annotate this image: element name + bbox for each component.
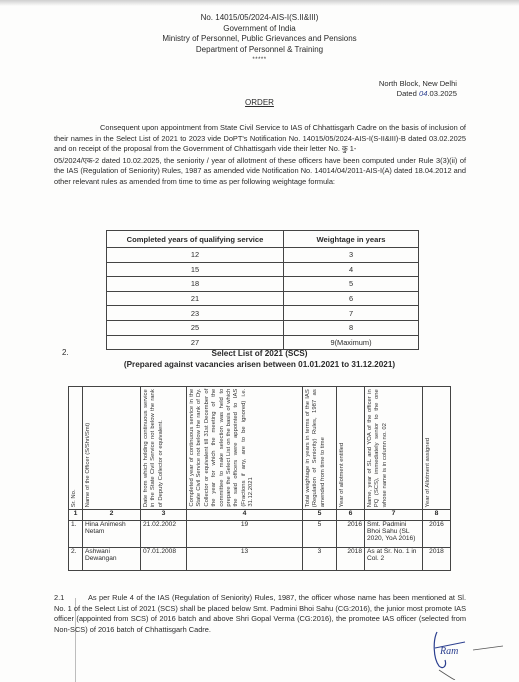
rotated-header-text: Name of the Officer (S/Shri/Smt) [85, 389, 92, 507]
intro-text-part2: 05/2024/एक-2 dated 10.02.2025, the senio… [54, 156, 466, 186]
intro-paragraph: Consequent upon appointment from State C… [54, 123, 466, 188]
weightage-row: 154 [107, 262, 419, 277]
select-list-header-col-7: Name, year of SL and YOA of the officer … [365, 387, 423, 510]
select-list-header-col-3: Date from which holding continuous servi… [141, 387, 187, 510]
select-list-header-col-8: Year of Allotment assigned [423, 387, 451, 510]
rotated-header-text: Name, year of SL and YOA of the officer … [367, 389, 389, 507]
rotated-header-wrap: Name of the Officer (S/Shri/Smt) [83, 387, 140, 509]
weightage-cell: 3 [284, 248, 419, 263]
qualifying-years-cell: 25 [107, 320, 284, 335]
yoa-entitled-cell: 2018 [337, 548, 365, 571]
senior-officer-cell: As at Sr. No. 1 in Col. 2 [365, 548, 423, 571]
signature: Ram [425, 620, 505, 680]
sr-no-cell: 2. [69, 548, 83, 571]
intro-text-part1: Consequent upon appointment from State C… [54, 123, 466, 153]
qualifying-years-cell: 27 [107, 335, 284, 350]
rotated-header-wrap: Year of allotment entitled [337, 387, 364, 509]
rotated-header-wrap: Completed year of continuous service in … [187, 387, 302, 509]
qualifying-years-cell: 12 [107, 248, 284, 263]
weightage-header-weightage: Weightage in years [284, 231, 419, 248]
rotated-header-wrap: Sr. No. [69, 387, 82, 509]
rotated-header-text: Sr. No. [71, 389, 78, 507]
separator-stars: ***** [0, 55, 519, 66]
rotated-header-wrap: Name, year of SL and YOA of the officer … [365, 387, 422, 509]
select-list-title: Select List of 2021 (SCS) [0, 349, 519, 360]
select-list-row: 2.Ashwani Dewangan07.01.20081332018As at… [69, 548, 451, 571]
rotated-header-wrap: Total weightage in years in terms of the… [303, 387, 336, 509]
sr-no-cell: 1. [69, 521, 83, 548]
completed-years-cell: 19 [187, 521, 303, 548]
senior-officer-cell: Smt. Padmini Bhoi Sahu (SL 2020, YoA 201… [365, 521, 423, 548]
weightage-header-service: Completed years of qualifying service [107, 231, 284, 248]
weightage-cell: 3 [303, 548, 337, 571]
rotated-header-text: Year of allotment entitled [339, 389, 346, 507]
weightage-cell: 5 [303, 521, 337, 548]
rotated-header-text: Year of Allotment assigned [425, 389, 432, 507]
weightage-cell: 9(Maximum) [284, 335, 419, 350]
column-number: 7 [365, 510, 423, 521]
file-number: No. 14015/05/2024-AIS-I(S.II&III) [0, 13, 519, 24]
column-number: 3 [141, 510, 187, 521]
weightage-row: 237 [107, 306, 419, 321]
rotated-header-wrap: Date from which holding continuous servi… [141, 387, 186, 509]
column-number: 6 [337, 510, 365, 521]
qualifying-years-cell: 15 [107, 262, 284, 277]
yoa-assigned-cell: 2018 [423, 548, 451, 571]
select-list-header-col-4: Completed year of continuous service in … [187, 387, 303, 510]
order-title: ORDER [0, 98, 519, 107]
date-from-cell: 07.01.2008 [141, 548, 187, 571]
weightage-cell: 5 [284, 277, 419, 292]
select-list-header-col-6: Year of allotment entitled [337, 387, 365, 510]
ministry-name: Ministry of Personnel, Public Grievances… [0, 34, 519, 45]
paragraph-2-1: 2.1As per Rule 4 of the IAS (Regulation … [54, 593, 466, 635]
weightage-row: 185 [107, 277, 419, 292]
dated-month-year: .03.2025 [427, 89, 457, 98]
weightage-row: 216 [107, 291, 419, 306]
column-number: 2 [83, 510, 141, 521]
weightage-table: Completed years of qualifying service We… [106, 230, 419, 350]
rotated-header-text: Date from which holding continuous servi… [143, 389, 165, 507]
column-number: 4 [187, 510, 303, 521]
svg-text:Ram: Ram [439, 646, 458, 657]
weightage-row: 279(Maximum) [107, 335, 419, 350]
select-list-header-col-5: Total weightage in years in terms of the… [303, 387, 337, 510]
weightage-row: 258 [107, 320, 419, 335]
yoa-assigned-cell: 2016 [423, 521, 451, 548]
weightage-cell: 6 [284, 291, 419, 306]
officer-name-cell: Hina Animesh Netam [83, 521, 141, 548]
select-list-row: 1.Hina Animesh Netam21.02.20021952016Smt… [69, 521, 451, 548]
rotated-header-wrap: Year of Allotment assigned [423, 387, 450, 509]
select-list-table: Sr. No.Name of the Officer (S/Shri/Smt)D… [68, 386, 451, 571]
paragraph-text: As per Rule 4 of the IAS (Regulation of … [54, 593, 466, 634]
dated-label: Dated [397, 89, 417, 98]
weightage-cell: 4 [284, 262, 419, 277]
rotated-header-text: Completed year of continuous service in … [189, 389, 256, 507]
select-list-heading: Select List of 2021 (SCS) (Prepared agai… [0, 349, 519, 370]
government-name: Government of India [0, 24, 519, 35]
column-number: 8 [423, 510, 451, 521]
officer-name-cell: Ashwani Dewangan [83, 548, 141, 571]
yoa-entitled-cell: 2016 [337, 521, 365, 548]
column-number: 1 [69, 510, 83, 521]
rotated-header-text: Total weightage in years in terms of the… [305, 389, 327, 507]
qualifying-years-cell: 21 [107, 291, 284, 306]
qualifying-years-cell: 23 [107, 306, 284, 321]
scan-top-shadow [0, 0, 519, 6]
weightage-cell: 8 [284, 320, 419, 335]
letterhead: No. 14015/05/2024-AIS-I(S.II&III) Govern… [0, 13, 519, 66]
weightage-row: 123 [107, 248, 419, 263]
place-date-block: North Block, New Delhi Dated 04.03.2025 [379, 79, 457, 99]
completed-years-cell: 13 [187, 548, 303, 571]
select-list-header-col-1: Sr. No. [69, 387, 83, 510]
qualifying-years-cell: 18 [107, 277, 284, 292]
column-number: 5 [303, 510, 337, 521]
department-name: Department of Personnel & Training [0, 45, 519, 56]
weightage-cell: 7 [284, 306, 419, 321]
select-list-header-col-2: Name of the Officer (S/Shri/Smt) [83, 387, 141, 510]
date-from-cell: 21.02.2002 [141, 521, 187, 548]
select-list-subtitle: (Prepared against vacancies arisen betwe… [0, 360, 519, 371]
place: North Block, New Delhi [379, 79, 457, 89]
paragraph-number: 2.1 [54, 593, 88, 604]
